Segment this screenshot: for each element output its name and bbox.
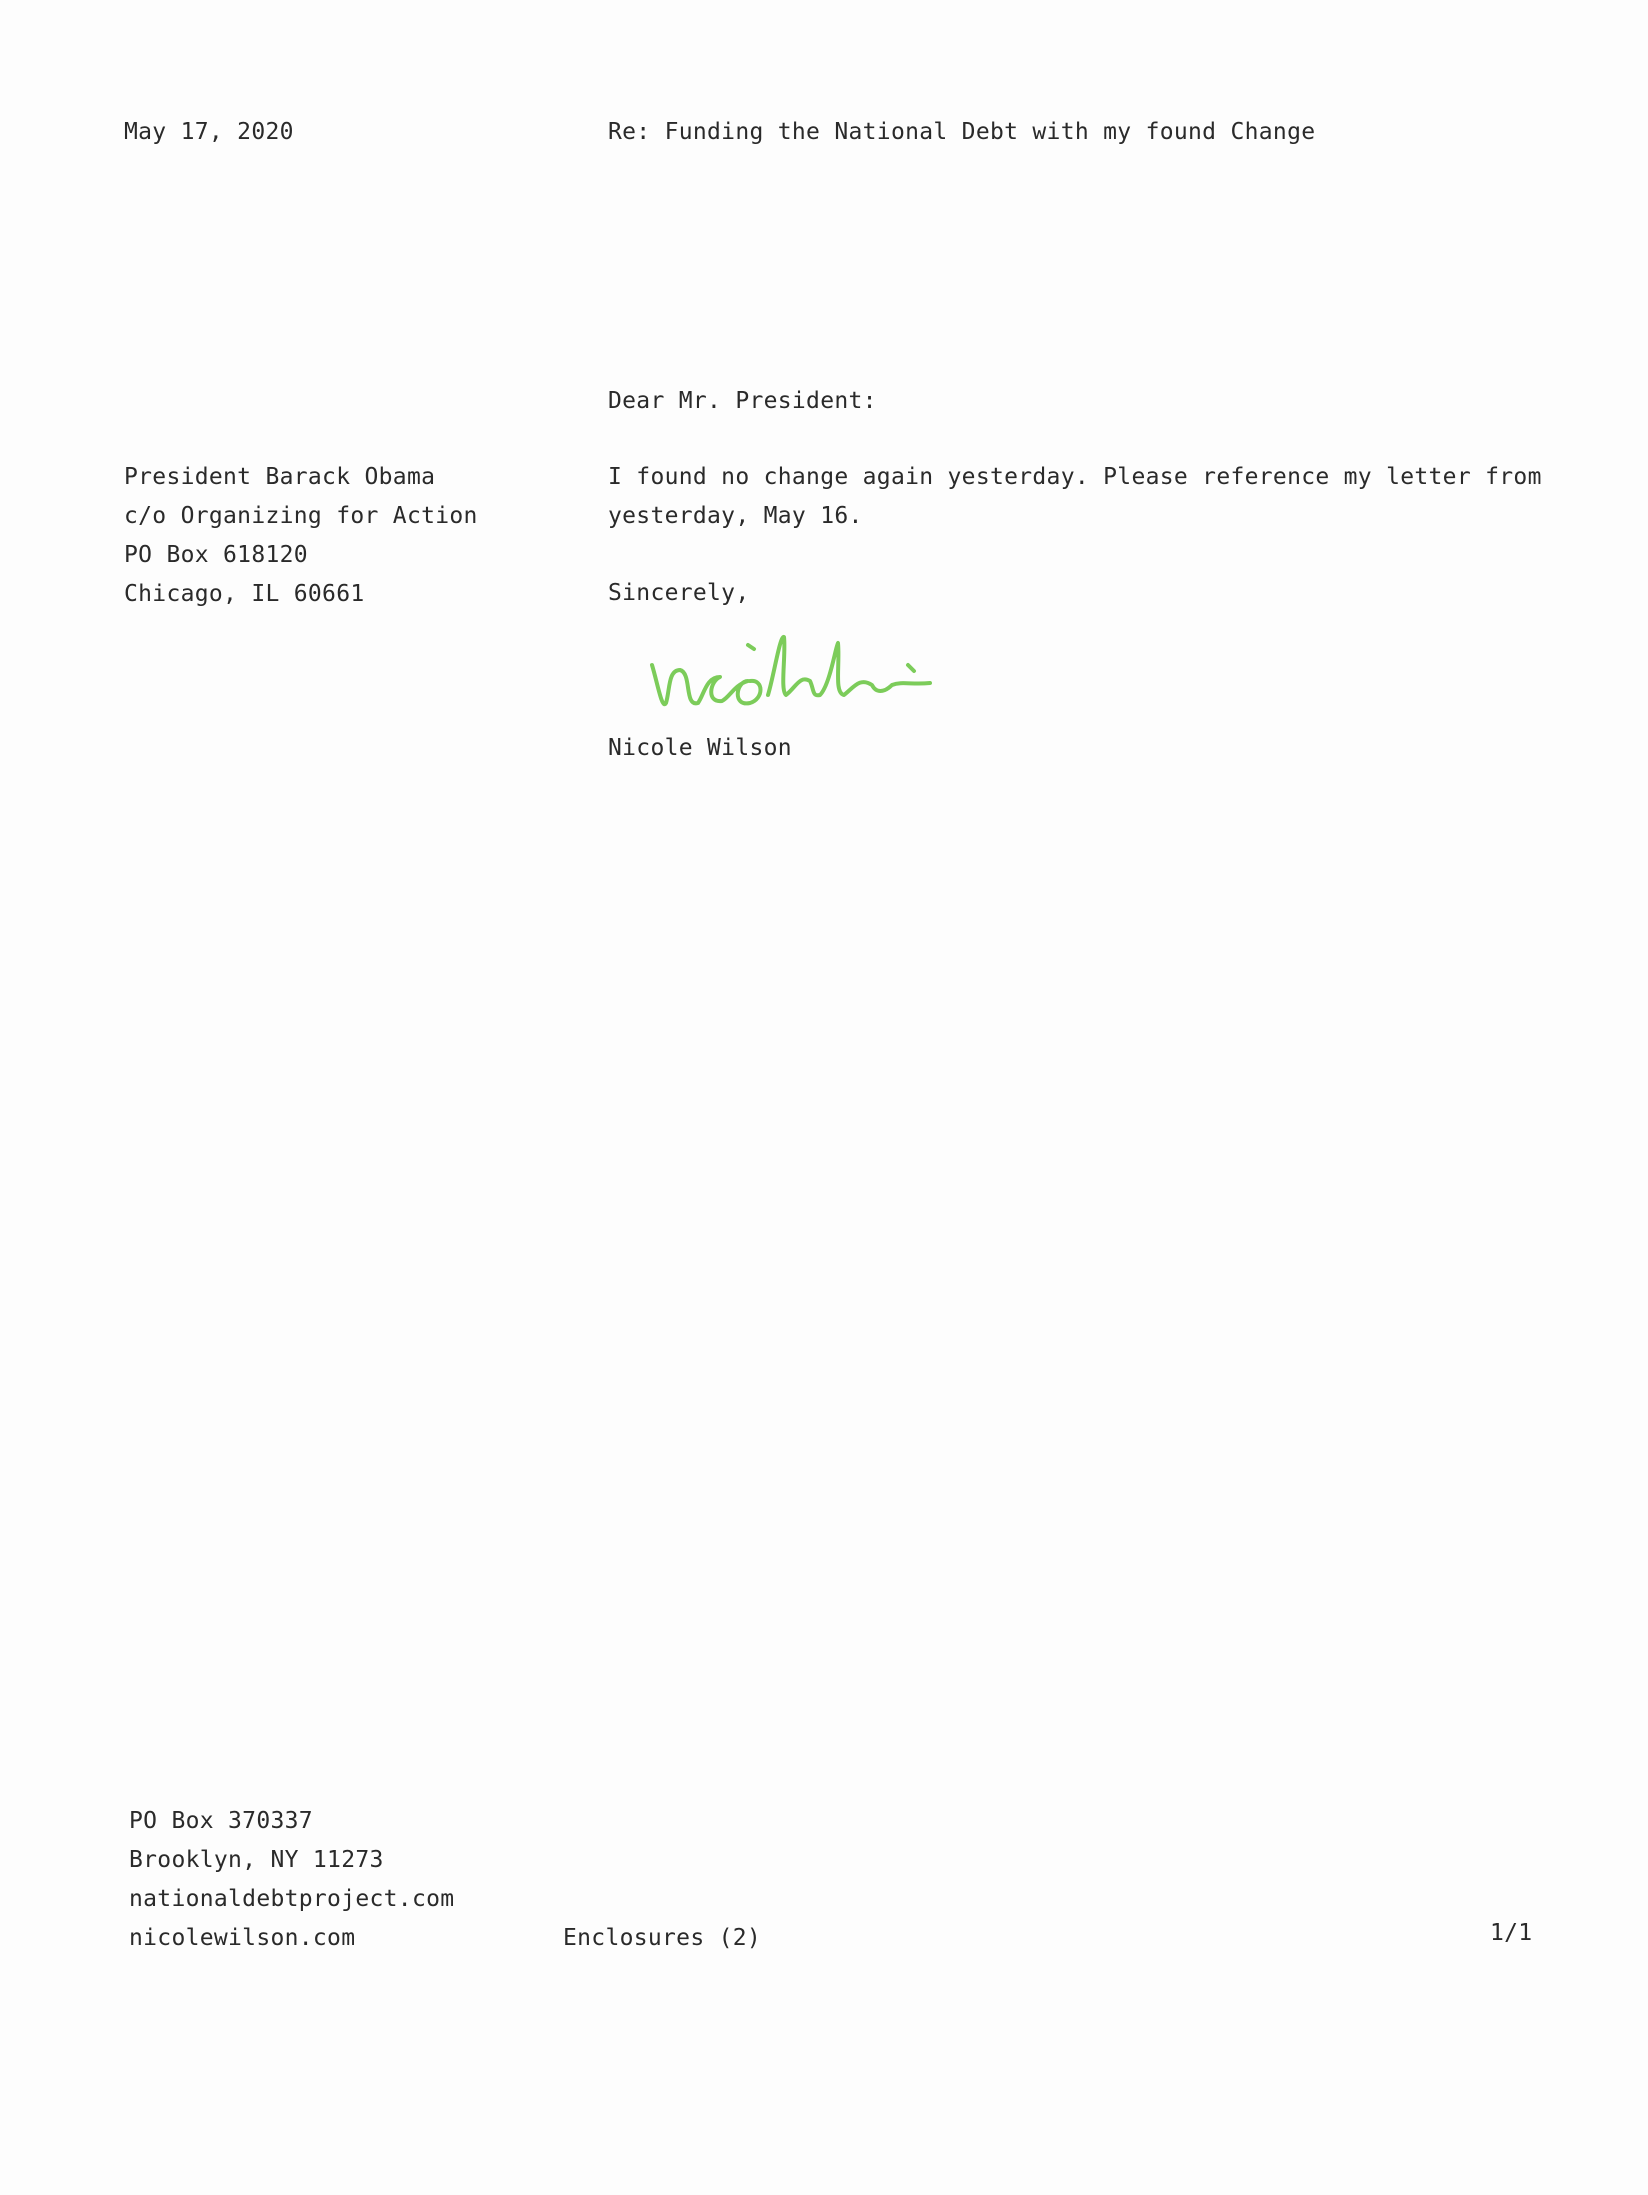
page-number: 1/1 — [1490, 1914, 1532, 1953]
sender-link-nicolewilson[interactable]: nicolewilson.com — [129, 1919, 454, 1958]
letter-date: May 17, 2020 — [124, 113, 294, 152]
recipient-line: PO Box 618120 — [124, 536, 478, 575]
recipient-line: c/o Organizing for Action — [124, 497, 478, 536]
recipient-address: President Barack Obama c/o Organizing fo… — [124, 458, 478, 614]
letter-subject: Re: Funding the National Debt with my fo… — [608, 113, 1315, 152]
salutation: Dear Mr. President: — [608, 382, 877, 421]
body-line: I found no change again yesterday. Pleas… — [608, 458, 1542, 497]
recipient-line: Chicago, IL 60661 — [124, 575, 478, 614]
enclosures: Enclosures (2) — [563, 1919, 761, 1958]
closing: Sincerely, — [608, 574, 749, 613]
sender-line: Brooklyn, NY 11273 — [129, 1841, 454, 1880]
body-line: yesterday, May 16. — [608, 497, 1542, 536]
signer-name: Nicole Wilson — [608, 729, 792, 768]
recipient-line: President Barack Obama — [124, 458, 478, 497]
sender-line: PO Box 370337 — [129, 1802, 454, 1841]
sender-address: PO Box 370337 Brooklyn, NY 11273 nationa… — [129, 1802, 454, 1958]
sender-link-nationaldebtproject[interactable]: nationaldebtproject.com — [129, 1880, 454, 1919]
handwritten-signature — [640, 615, 950, 725]
letter-body: I found no change again yesterday. Pleas… — [608, 458, 1542, 536]
